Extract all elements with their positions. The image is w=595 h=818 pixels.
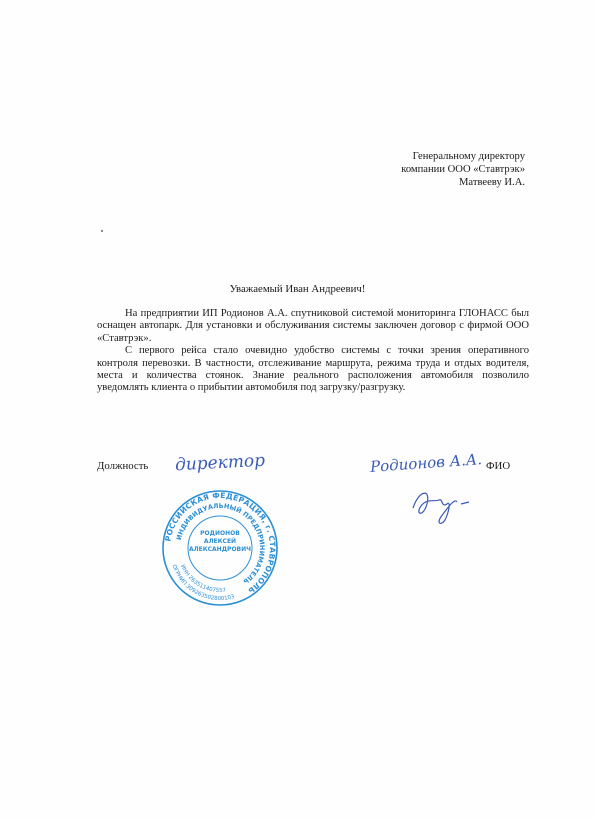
official-stamp: РОССИЙСКАЯ ФЕДЕРАЦИЯ, г. СТАВРОПОЛЬ ИНДИ… <box>160 488 280 608</box>
salutation: Уважаемый Иван Андреевич! <box>0 283 595 295</box>
fio-label: ФИО <box>486 460 510 472</box>
letter-page: Генеральному директору компании ООО «Ста… <box>0 0 595 818</box>
paragraph-1: На предприятии ИП Родионов А.А. спутнико… <box>97 308 529 345</box>
stamp-name: АЛЕКСЕЙ <box>160 538 280 546</box>
stamp-center-text: РОДИОНОВ АЛЕКСЕЙ АЛЕКСАНДРОВИЧ <box>160 530 280 554</box>
paragraph-2: С первого рейса стало очевидно удобство … <box>97 345 529 395</box>
addressee-block: Генеральному директору компании ООО «Ста… <box>401 150 525 189</box>
addressee-title: Генеральному директору <box>401 150 525 163</box>
signature-icon <box>405 478 485 528</box>
fio-handwritten: Родионов А.А. <box>370 450 483 476</box>
position-label: Должность <box>97 460 148 472</box>
stamp-patronymic: АЛЕКСАНДРОВИЧ <box>160 546 280 554</box>
addressee-company: компании ООО «Ставтрэк» <box>401 163 525 176</box>
letter-body: На предприятии ИП Родионов А.А. спутнико… <box>97 308 529 395</box>
svg-text:ОГРНИП 309263502800103: ОГРНИП 309263502800103 <box>171 564 236 602</box>
addressee-name: Матвееву И.А. <box>401 176 525 189</box>
scan-speck <box>101 230 103 232</box>
position-handwritten: директор <box>175 451 266 476</box>
stamp-surname: РОДИОНОВ <box>160 530 280 538</box>
